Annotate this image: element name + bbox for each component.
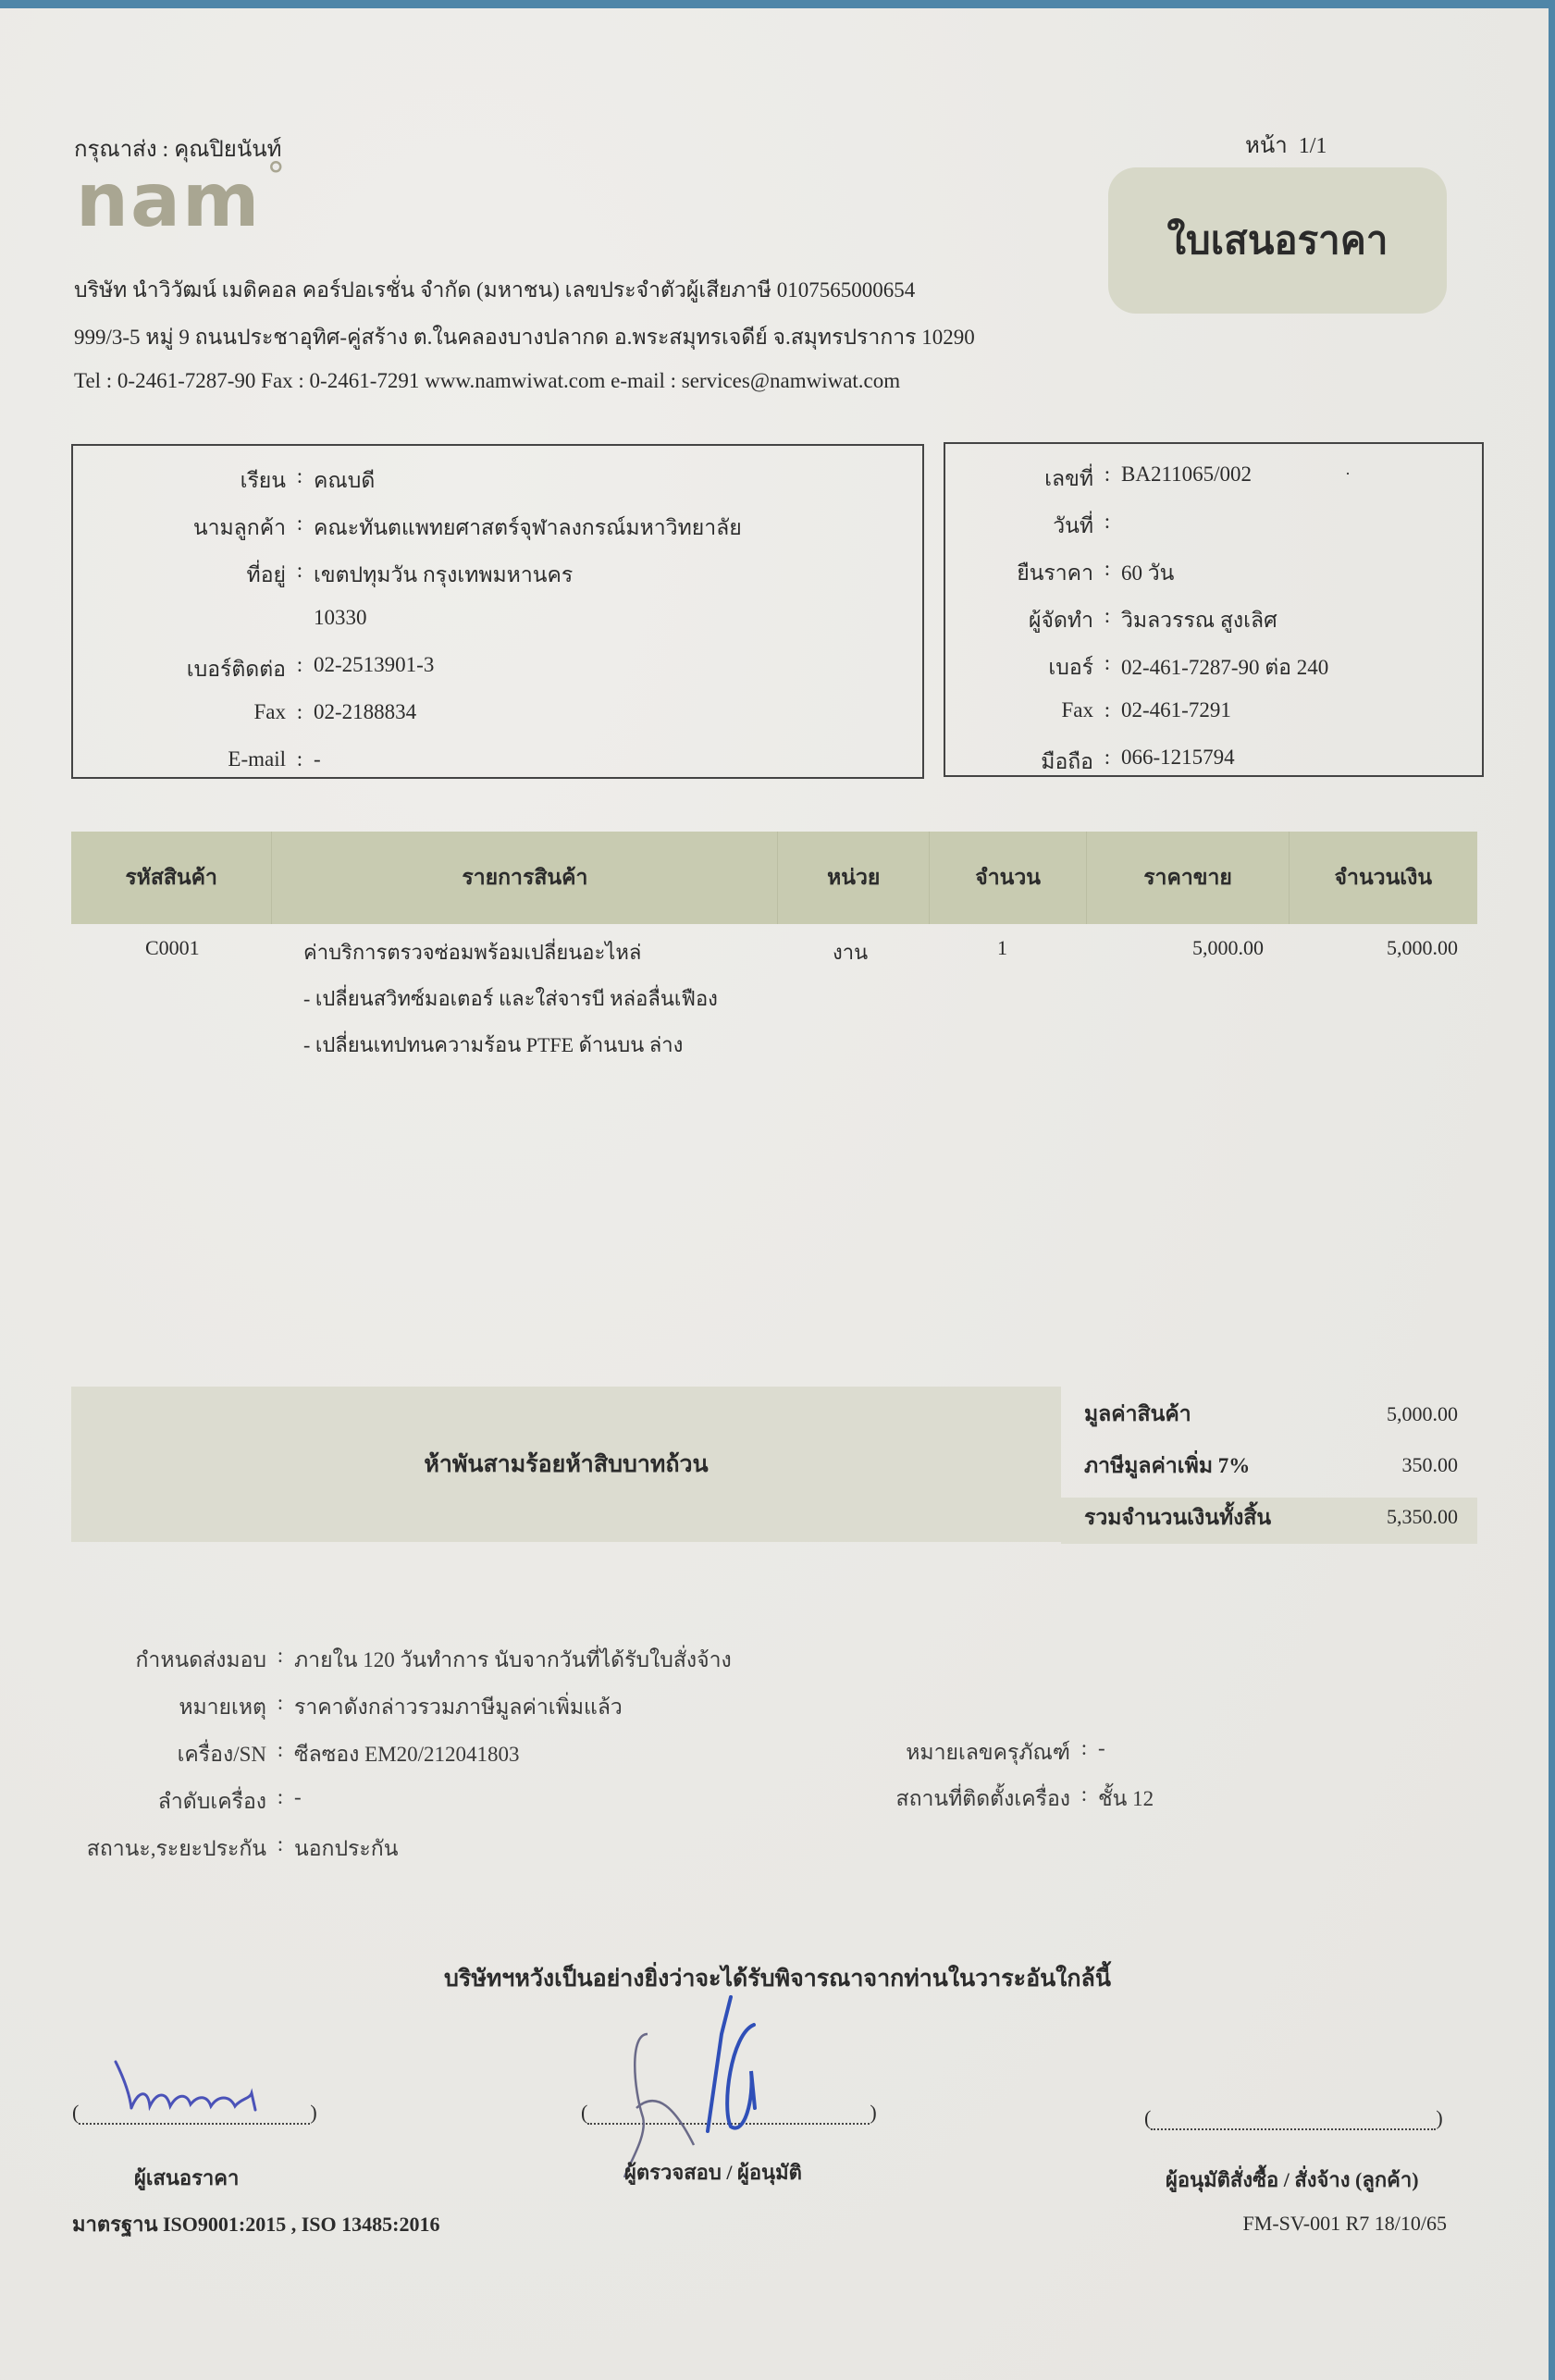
quote-info-box: เลขที่:BA211065/002วันที่:ยืนราคา:60 วัน…	[944, 442, 1484, 777]
col-header-price: ราคาขาย	[1087, 832, 1289, 924]
form-code: FM-SV-001 R7 18/10/65	[1243, 2212, 1447, 2236]
subtotal-value: 5,000.00	[1387, 1402, 1458, 1426]
term-row: กำหนดส่งมอบ:ภายใน 120 วันทำการ นับจากวัน…	[0, 1644, 732, 1677]
iso-standard: มาตรฐาน ISO9001:2015 , ISO 13485:2016	[72, 2208, 439, 2240]
info-value: 02-2513901-3	[314, 653, 434, 686]
item-qty: 1	[997, 936, 1007, 960]
logo-mark: °	[266, 155, 287, 198]
amount-in-words: ห้าพันสามร้อยห้าสิบบาทถ้วน	[424, 1446, 708, 1483]
proposer-signature-icon	[111, 2053, 296, 2127]
signature-label-proposer: ผู้เสนอราคา	[134, 2162, 239, 2194]
term-label: สถานะ,ระยะประกัน	[0, 1832, 266, 1866]
info-label: ที่อยู่	[82, 559, 286, 592]
item-unit: งาน	[833, 936, 868, 968]
col-header-qty: จำนวน	[930, 832, 1087, 924]
colon: :	[286, 512, 314, 545]
grand-total-label: รวมจำนวนเงินทั้งสิ้น	[1084, 1501, 1271, 1535]
info-label: เบอร์	[945, 651, 1093, 684]
info-label: E-mail	[82, 747, 286, 771]
colon: :	[1093, 651, 1121, 684]
info-value: 10330	[314, 606, 367, 630]
info-row: เบอร์ติดต่อ:02-2513901-3	[82, 653, 434, 686]
info-row: นามลูกค้า:คณะทันตแพทยศาสตร์จุฬาลงกรณ์มหา…	[82, 512, 742, 545]
term-value: ชั้น 12	[1098, 1782, 1154, 1816]
colon: :	[266, 1832, 294, 1866]
info-row: ผู้จัดทำ:วิมลวรรณ สูงเลิศ	[945, 604, 1277, 637]
colon	[286, 606, 314, 630]
item-amount: 5,000.00	[1387, 936, 1458, 960]
colon: :	[1093, 698, 1121, 722]
colon: :	[266, 1691, 294, 1724]
colon: :	[286, 653, 314, 686]
item-detail: - เปลี่ยนสวิทซ์มอเตอร์ และใส่จารบี หล่อล…	[303, 982, 718, 1015]
term-label: กำหนดส่งมอบ	[0, 1644, 266, 1677]
term-row: หมายเหตุ:ราคาดังกล่าวรวมภาษีมูลค่าเพิ่มแ…	[0, 1691, 623, 1724]
info-value: 066-1215794	[1121, 746, 1235, 779]
info-value: 02-2188834	[314, 700, 416, 724]
info-row: มือถือ:066-1215794	[945, 746, 1235, 779]
info-label	[82, 606, 286, 630]
info-row: วันที่:	[945, 510, 1121, 543]
info-row: E-mail:-	[82, 747, 321, 771]
colon: :	[1093, 462, 1121, 496]
colon: :	[286, 700, 314, 724]
items-table-header: รหัสสินค้า รายการสินค้า หน่วย จำนวน ราคา…	[71, 832, 1477, 924]
term-label: หมายเลขครุภัณฑ์	[0, 1736, 1070, 1770]
signature-label-approver: ผู้ตรวจสอบ / ผู้อนุมัติ	[624, 2156, 802, 2189]
company-contact-line: Tel : 0-2461-7287-90 Fax : 0-2461-7291 w…	[74, 369, 900, 393]
info-row: ยืนราคา:60 วัน	[945, 557, 1174, 590]
term-value: นอกประกัน	[294, 1832, 398, 1866]
info-value: BA211065/002	[1121, 462, 1252, 496]
term-value: -	[1098, 1736, 1105, 1770]
info-value: เขตปทุมวัน กรุงเทพมหานคร	[314, 559, 573, 592]
colon: :	[1093, 746, 1121, 779]
document-title-box: ใบเสนอราคา	[1108, 167, 1447, 314]
info-label: เบอร์ติดต่อ	[82, 653, 286, 686]
item-price: 5,000.00	[1192, 936, 1264, 960]
info-row: Fax:02-461-7291	[945, 698, 1231, 722]
colon: :	[1070, 1782, 1098, 1816]
info-value: 60 วัน	[1121, 557, 1174, 590]
signature-label-customer: ผู้อนุมัติสั่งซื้อ / สั่งจ้าง (ลูกค้า)	[1166, 2164, 1419, 2196]
info-value: คณบดี	[314, 464, 375, 498]
term-label: สถานที่ติดตั้งเครื่อง	[0, 1782, 1070, 1816]
colon: :	[1093, 510, 1121, 543]
info-row: เบอร์:02-461-7287-90 ต่อ 240	[945, 651, 1328, 684]
term-value: ภายใน 120 วันทำการ นับจากวันที่ได้รับใบส…	[294, 1644, 732, 1677]
info-value: วิมลวรรณ สูงเลิศ	[1121, 604, 1277, 637]
company-address-line: 999/3-5 หมู่ 9 ถนนประชาอุทิศ-คู่สร้าง ต.…	[74, 321, 975, 354]
colon: :	[286, 747, 314, 771]
item-detail: - เปลี่ยนเทปทนความร้อน PTFE ด้านบน ล่าง	[303, 1029, 683, 1061]
info-row: ที่อยู่:เขตปทุมวัน กรุงเทพมหานคร	[82, 559, 573, 592]
info-value: -	[314, 747, 321, 771]
colon: :	[266, 1644, 294, 1677]
info-label: Fax	[82, 700, 286, 724]
approver-signature-icon	[592, 1997, 870, 2182]
info-row: เลขที่:BA211065/002	[945, 462, 1252, 496]
company-name-line: บริษัท นำวิวัฒน์ เมดิคอล คอร์ปอเรชั่น จำ…	[74, 274, 915, 307]
info-value: 02-461-7287-90 ต่อ 240	[1121, 651, 1328, 684]
info-label: นามลูกค้า	[82, 512, 286, 545]
info-value: คณะทันตแพทยศาสตร์จุฬาลงกรณ์มหาวิทยาลัย	[314, 512, 742, 545]
info-label: ผู้จัดทำ	[945, 604, 1093, 637]
col-header-code: รหัสสินค้า	[71, 832, 272, 924]
term-row: สถานที่ติดตั้งเครื่อง:ชั้น 12	[0, 1782, 1154, 1816]
colon: :	[1093, 604, 1121, 637]
company-logo: nam°	[76, 164, 287, 238]
term-label: หมายเหตุ	[0, 1691, 266, 1724]
colon: :	[1070, 1736, 1098, 1770]
term-value: ราคาดังกล่าวรวมภาษีมูลค่าเพิ่มแล้ว	[294, 1691, 623, 1724]
grand-total-value: 5,350.00	[1387, 1505, 1458, 1529]
term-row: สถานะ,ระยะประกัน:นอกประกัน	[0, 1832, 398, 1866]
customer-info-box: เรียน:คณบดีนามลูกค้า:คณะทันตแพทยศาสตร์จุ…	[71, 444, 924, 779]
term-row: หมายเลขครุภัณฑ์:-	[0, 1736, 1105, 1770]
item-description: ค่าบริการตรวจซ่อมพร้อมเปลี่ยนอะไหล่	[303, 936, 641, 968]
info-row: เรียน:คณบดี	[82, 464, 375, 498]
info-label: เลขที่	[945, 462, 1093, 496]
amount-in-words-band: ห้าพันสามร้อยห้าสิบบาทถ้วน	[71, 1387, 1061, 1542]
subtotal-label: มูลค่าสินค้า	[1084, 1398, 1191, 1431]
info-row: Fax:02-2188834	[82, 700, 416, 724]
page-number: หน้า 1/1	[1245, 127, 1327, 163]
vat-value: 350.00	[1402, 1453, 1459, 1477]
info-label: วันที่	[945, 510, 1093, 543]
colon: :	[286, 559, 314, 592]
signature-line-customer: ()	[1144, 2106, 1443, 2130]
colon: :	[286, 464, 314, 498]
closing-statement: บริษัทฯหวังเป็นอย่างยิ่งว่าจะได้รับพิจาร…	[0, 1960, 1555, 1997]
vat-label: ภาษีมูลค่าเพิ่ม 7%	[1084, 1449, 1250, 1483]
info-label: มือถือ	[945, 746, 1093, 779]
info-label: Fax	[945, 698, 1093, 722]
info-label: เรียน	[82, 464, 286, 498]
document-title: ใบเสนอราคา	[1167, 210, 1388, 271]
info-label: ยืนราคา	[945, 557, 1093, 590]
quotation-page: กรุณาส่ง : คุณปิยนันท์ nam° หน้า 1/1 ใบเ…	[0, 8, 1549, 2380]
info-row: 10330	[82, 606, 367, 630]
col-header-unit: หน่วย	[778, 832, 929, 924]
item-code: C0001	[145, 936, 200, 960]
info-value: 02-461-7291	[1121, 698, 1231, 722]
col-header-amount: จำนวนเงิน	[1290, 832, 1477, 924]
col-header-description: รายการสินค้า	[272, 832, 778, 924]
stray-dot: ·	[1345, 464, 1351, 484]
colon: :	[1093, 557, 1121, 590]
